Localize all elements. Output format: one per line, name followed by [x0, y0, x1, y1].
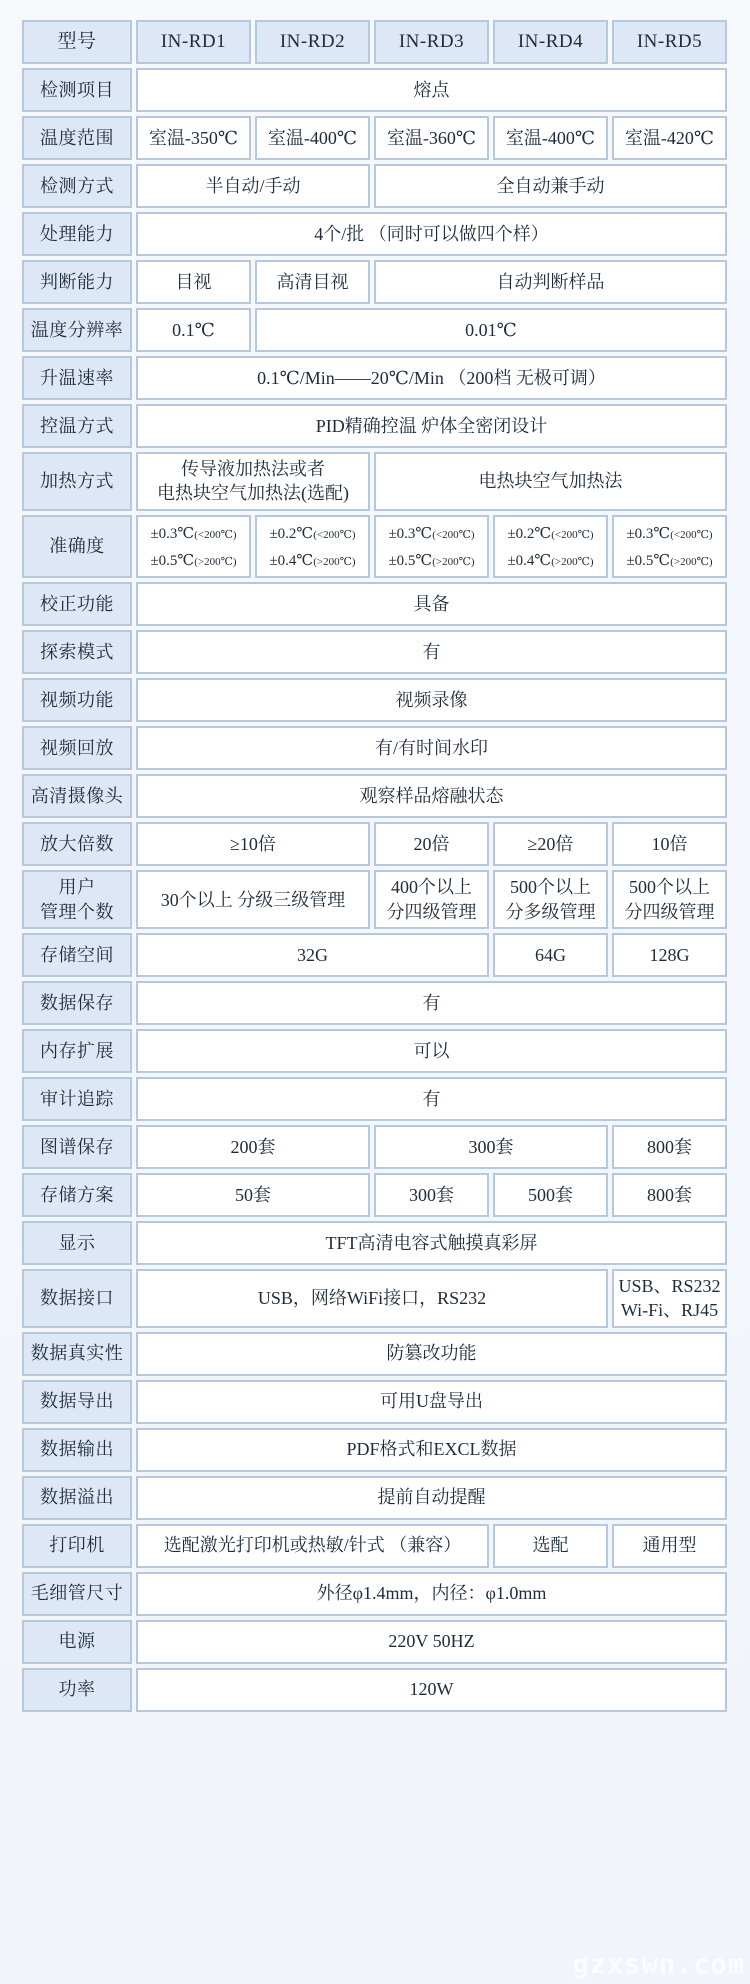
spec-row: 校正功能具备 [22, 582, 727, 626]
spec-row: 存储方案50套300套500套800套 [22, 1173, 727, 1217]
spec-value-cell: 室温-420℃ [612, 116, 727, 160]
row-label: 数据真实性 [22, 1332, 132, 1376]
spec-value-cell: 30个以上 分级三级管理 [136, 870, 370, 929]
spec-value-cell: 全自动兼手动 [374, 164, 727, 208]
spec-row: 审计追踪有 [22, 1077, 727, 1121]
spec-row: 视频功能视频录像 [22, 678, 727, 722]
row-label: 显示 [22, 1221, 132, 1265]
row-label: 控温方式 [22, 404, 132, 448]
spec-row: 温度范围室温-350℃室温-400℃室温-360℃室温-400℃室温-420℃ [22, 116, 727, 160]
spec-value-cell: 10倍 [612, 822, 727, 866]
spec-table: 型号 IN-RD1 IN-RD2 IN-RD3 IN-RD4 IN-RD5 检测… [18, 16, 731, 1716]
spec-row: 数据溢出提前自动提醒 [22, 1476, 727, 1520]
accuracy-line: ±0.4℃(>200℃) [496, 546, 605, 574]
spec-row: 用户 管理个数30个以上 分级三级管理400个以上 分四级管理500个以上 分多… [22, 870, 727, 929]
spec-value-cell: 视频录像 [136, 678, 727, 722]
row-label: 数据保存 [22, 981, 132, 1025]
spec-row: 数据导出可用U盘导出 [22, 1380, 727, 1424]
spec-value-cell: 半自动/手动 [136, 164, 370, 208]
spec-row: 数据接口USB，网络WiFi接口，RS232USB、RS232 Wi-Fi、RJ… [22, 1269, 727, 1328]
header-model-4: IN-RD4 [493, 20, 608, 64]
spec-row: 视频回放有/有时间水印 [22, 726, 727, 770]
accuracy-cell: ±0.3℃(<200℃)±0.5℃(>200℃) [136, 515, 251, 579]
spec-row: 控温方式PID精确控温 炉体全密闭设计 [22, 404, 727, 448]
spec-value-cell: 电热块空气加热法 [374, 452, 727, 511]
header-model-5: IN-RD5 [612, 20, 727, 64]
header-model-label: 型号 [22, 20, 132, 64]
row-label: 视频功能 [22, 678, 132, 722]
spec-value-cell: 具备 [136, 582, 727, 626]
row-label: 打印机 [22, 1524, 132, 1568]
spec-value-cell: 可以 [136, 1029, 727, 1073]
row-label: 温度范围 [22, 116, 132, 160]
accuracy-line: ±0.2℃(<200℃) [496, 519, 605, 547]
spec-row: 探索模式有 [22, 630, 727, 674]
spec-value-cell: 目视 [136, 260, 251, 304]
accuracy-line: ±0.3℃(<200℃) [139, 519, 248, 547]
spec-value-cell: 128G [612, 933, 727, 977]
spec-value-cell: 300套 [374, 1173, 489, 1217]
spec-value-cell: 熔点 [136, 68, 727, 112]
row-label: 放大倍数 [22, 822, 132, 866]
spec-row: 存储空间32G64G128G [22, 933, 727, 977]
spec-value-cell: 选配激光打印机或热敏/针式 （兼容） [136, 1524, 489, 1568]
row-label: 图谱保存 [22, 1125, 132, 1169]
spec-value-cell: 64G [493, 933, 608, 977]
accuracy-line: ±0.2℃(<200℃) [258, 519, 367, 547]
row-label: 检测方式 [22, 164, 132, 208]
row-label: 加热方式 [22, 452, 132, 511]
spec-row: 加热方式传导液加热法或者 电热块空气加热法(选配)电热块空气加热法 [22, 452, 727, 511]
row-label: 电源 [22, 1620, 132, 1664]
row-label: 判断能力 [22, 260, 132, 304]
spec-value-cell: 可用U盘导出 [136, 1380, 727, 1424]
row-label: 存储方案 [22, 1173, 132, 1217]
spec-value-cell: 室温-400℃ [493, 116, 608, 160]
spec-value-cell: 防篡改功能 [136, 1332, 727, 1376]
accuracy-cell: ±0.3℃(<200℃)±0.5℃(>200℃) [374, 515, 489, 579]
spec-value-cell: 500个以上 分四级管理 [612, 870, 727, 929]
spec-value-cell: PDF格式和EXCL数据 [136, 1428, 727, 1472]
spec-row: 放大倍数≥10倍20倍≥20倍10倍 [22, 822, 727, 866]
row-label: 用户 管理个数 [22, 870, 132, 929]
spec-row: 升温速率0.1℃/Min——20℃/Min （200档 无极可调） [22, 356, 727, 400]
spec-row: 功率120W [22, 1668, 727, 1712]
spec-value-cell: 800套 [612, 1173, 727, 1217]
spec-row: 数据输出PDF格式和EXCL数据 [22, 1428, 727, 1472]
header-row: 型号 IN-RD1 IN-RD2 IN-RD3 IN-RD4 IN-RD5 [22, 20, 727, 64]
spec-value-cell: 观察样品熔融状态 [136, 774, 727, 818]
row-label: 审计追踪 [22, 1077, 132, 1121]
spec-value-cell: 提前自动提醒 [136, 1476, 727, 1520]
spec-value-cell: 0.1℃/Min——20℃/Min （200档 无极可调） [136, 356, 727, 400]
spec-value-cell: 外径φ1.4mm，内径：φ1.0mm [136, 1572, 727, 1616]
spec-value-cell: 4个/批 （同时可以做四个样） [136, 212, 727, 256]
spec-value-cell: 500套 [493, 1173, 608, 1217]
spec-value-cell: 20倍 [374, 822, 489, 866]
spec-sheet-page: 型号 IN-RD1 IN-RD2 IN-RD3 IN-RD4 IN-RD5 检测… [0, 0, 750, 1984]
row-label: 毛细管尺寸 [22, 1572, 132, 1616]
spec-value-cell: 50套 [136, 1173, 370, 1217]
spec-row: 打印机选配激光打印机或热敏/针式 （兼容）选配通用型 [22, 1524, 727, 1568]
spec-row: 数据真实性防篡改功能 [22, 1332, 727, 1376]
spec-value-cell: USB、RS232 Wi-Fi、RJ45 [612, 1269, 727, 1328]
accuracy-cell: ±0.2℃(<200℃)±0.4℃(>200℃) [493, 515, 608, 579]
row-label: 校正功能 [22, 582, 132, 626]
watermark: gzxswn.com [572, 1949, 745, 1980]
header-model-2: IN-RD2 [255, 20, 370, 64]
accuracy-line: ±0.5℃(>200℃) [615, 546, 724, 574]
accuracy-line: ±0.4℃(>200℃) [258, 546, 367, 574]
spec-row: 内存扩展可以 [22, 1029, 727, 1073]
row-label: 数据溢出 [22, 1476, 132, 1520]
row-label: 升温速率 [22, 356, 132, 400]
spec-row: 准确度±0.3℃(<200℃)±0.5℃(>200℃)±0.2℃(<200℃)±… [22, 515, 727, 579]
accuracy-line: ±0.5℃(>200℃) [139, 546, 248, 574]
spec-row: 数据保存有 [22, 981, 727, 1025]
accuracy-line: ±0.3℃(<200℃) [377, 519, 486, 547]
spec-value-cell: USB，网络WiFi接口，RS232 [136, 1269, 608, 1328]
accuracy-line: ±0.3℃(<200℃) [615, 519, 724, 547]
row-label: 处理能力 [22, 212, 132, 256]
spec-value-cell: 选配 [493, 1524, 608, 1568]
row-label: 存储空间 [22, 933, 132, 977]
spec-value-cell: 室温-350℃ [136, 116, 251, 160]
spec-value-cell: 通用型 [612, 1524, 727, 1568]
spec-value-cell: 32G [136, 933, 489, 977]
row-label: 数据导出 [22, 1380, 132, 1424]
spec-value-cell: TFT高清电容式触摸真彩屏 [136, 1221, 727, 1265]
spec-value-cell: 有 [136, 630, 727, 674]
spec-value-cell: 220V 50HZ [136, 1620, 727, 1664]
row-label: 高清摄像头 [22, 774, 132, 818]
spec-value-cell: 500个以上 分多级管理 [493, 870, 608, 929]
spec-row: 图谱保存200套300套800套 [22, 1125, 727, 1169]
spec-value-cell: 有 [136, 1077, 727, 1121]
row-label: 视频回放 [22, 726, 132, 770]
spec-value-cell: 0.01℃ [255, 308, 727, 352]
spec-value-cell: 0.1℃ [136, 308, 251, 352]
row-label: 数据接口 [22, 1269, 132, 1328]
spec-value-cell: ≥10倍 [136, 822, 370, 866]
spec-value-cell: 有 [136, 981, 727, 1025]
spec-value-cell: 室温-360℃ [374, 116, 489, 160]
row-label: 内存扩展 [22, 1029, 132, 1073]
spec-row: 检测项目熔点 [22, 68, 727, 112]
row-label: 探索模式 [22, 630, 132, 674]
spec-value-cell: 传导液加热法或者 电热块空气加热法(选配) [136, 452, 370, 511]
accuracy-cell: ±0.3℃(<200℃)±0.5℃(>200℃) [612, 515, 727, 579]
row-label: 准确度 [22, 515, 132, 579]
spec-value-cell: 200套 [136, 1125, 370, 1169]
row-label: 温度分辨率 [22, 308, 132, 352]
row-label: 数据输出 [22, 1428, 132, 1472]
header-model-1: IN-RD1 [136, 20, 251, 64]
spec-row: 高清摄像头观察样品熔融状态 [22, 774, 727, 818]
spec-value-cell: 800套 [612, 1125, 727, 1169]
spec-row: 判断能力目视高清目视自动判断样品 [22, 260, 727, 304]
spec-value-cell: 400个以上 分四级管理 [374, 870, 489, 929]
spec-value-cell: 高清目视 [255, 260, 370, 304]
spec-value-cell: 有/有时间水印 [136, 726, 727, 770]
spec-row: 显示TFT高清电容式触摸真彩屏 [22, 1221, 727, 1265]
spec-value-cell: ≥20倍 [493, 822, 608, 866]
spec-row: 检测方式半自动/手动全自动兼手动 [22, 164, 727, 208]
spec-row: 温度分辨率0.1℃0.01℃ [22, 308, 727, 352]
spec-row: 处理能力4个/批 （同时可以做四个样） [22, 212, 727, 256]
accuracy-cell: ±0.2℃(<200℃)±0.4℃(>200℃) [255, 515, 370, 579]
row-label: 检测项目 [22, 68, 132, 112]
spec-value-cell: 120W [136, 1668, 727, 1712]
spec-row: 电源220V 50HZ [22, 1620, 727, 1664]
accuracy-line: ±0.5℃(>200℃) [377, 546, 486, 574]
spec-value-cell: 自动判断样品 [374, 260, 727, 304]
header-model-3: IN-RD3 [374, 20, 489, 64]
spec-value-cell: PID精确控温 炉体全密闭设计 [136, 404, 727, 448]
spec-value-cell: 300套 [374, 1125, 608, 1169]
spec-table-body: 检测项目熔点温度范围室温-350℃室温-400℃室温-360℃室温-400℃室温… [22, 68, 727, 1712]
row-label: 功率 [22, 1668, 132, 1712]
spec-row: 毛细管尺寸外径φ1.4mm，内径：φ1.0mm [22, 1572, 727, 1616]
spec-value-cell: 室温-400℃ [255, 116, 370, 160]
